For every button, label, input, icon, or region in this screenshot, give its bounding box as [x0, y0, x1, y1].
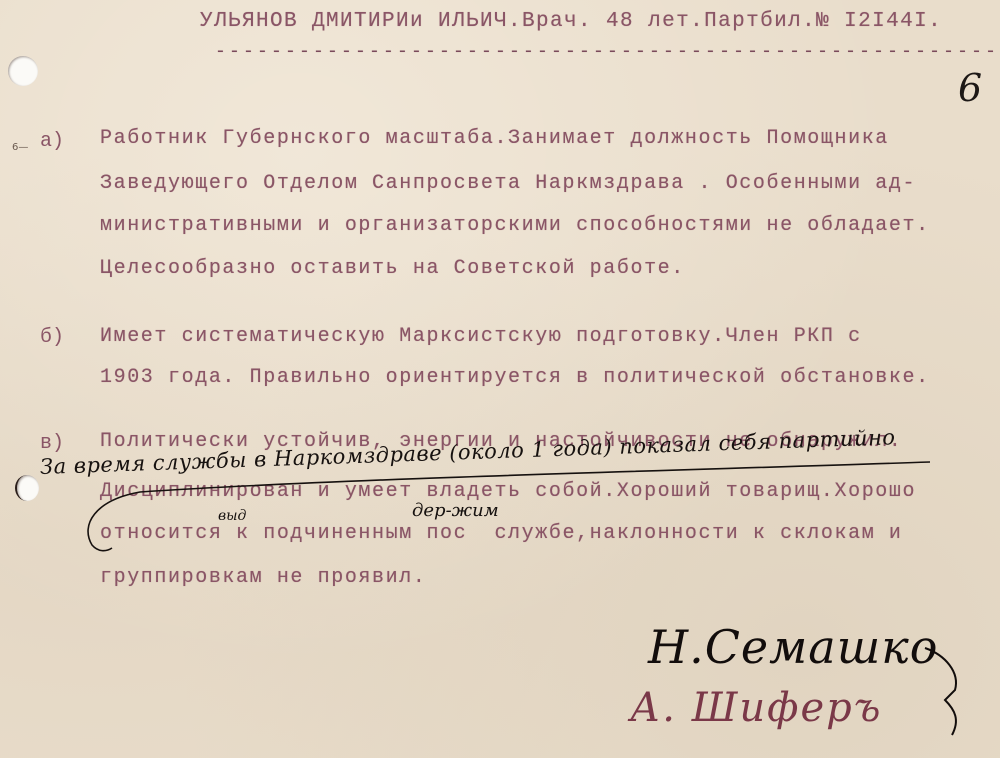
signature-second: А. Шиферъ — [630, 685, 882, 731]
document-page: УЛЬЯНОВ ДМИТИРИи ИЛЬИЧ.Врач. 48 лет.Парт… — [0, 0, 1000, 758]
punch-hole-top — [8, 56, 38, 86]
section-a-line-1: Работник Губернского масштаба.Занимает д… — [100, 127, 889, 150]
handwritten-correction-1: выд — [218, 508, 246, 524]
document-header: УЛЬЯНОВ ДМИТИРИи ИЛЬИЧ.Врач. 48 лет.Парт… — [200, 10, 942, 33]
margin-mark: 6— — [12, 142, 28, 153]
section-v-line-2: Дисциплинирован и умеет владеть собой.Хо… — [100, 480, 916, 503]
section-a-line-2: Заведующего Отделом Санпросвета Наркмздр… — [100, 172, 916, 195]
header-rule: ----------------------------------------… — [215, 42, 999, 62]
section-label-a: а) — [40, 130, 64, 153]
section-v-line-3: относится к подчиненным пос службе,накло… — [100, 522, 903, 545]
handwritten-correction-2: дер-жим — [412, 500, 499, 521]
section-v-line-4: группировкам не проявил. — [100, 566, 426, 589]
section-label-v: в) — [40, 432, 64, 455]
section-b-line-2: 1903 года. Правильно ориентируется в пол… — [100, 366, 930, 389]
page-number-mark: 6 — [958, 66, 982, 110]
punch-hole-bottom — [15, 475, 39, 501]
signature-semashko: Н.Семашко — [648, 620, 938, 674]
section-label-b: б) — [40, 326, 64, 349]
section-a-line-3: министративными и организаторскими спосо… — [100, 214, 930, 237]
section-b-line-1: Имеет систематическую Марксистскую подго… — [100, 325, 862, 348]
section-a-line-4: Целесообразно оставить на Советской рабо… — [100, 257, 685, 280]
